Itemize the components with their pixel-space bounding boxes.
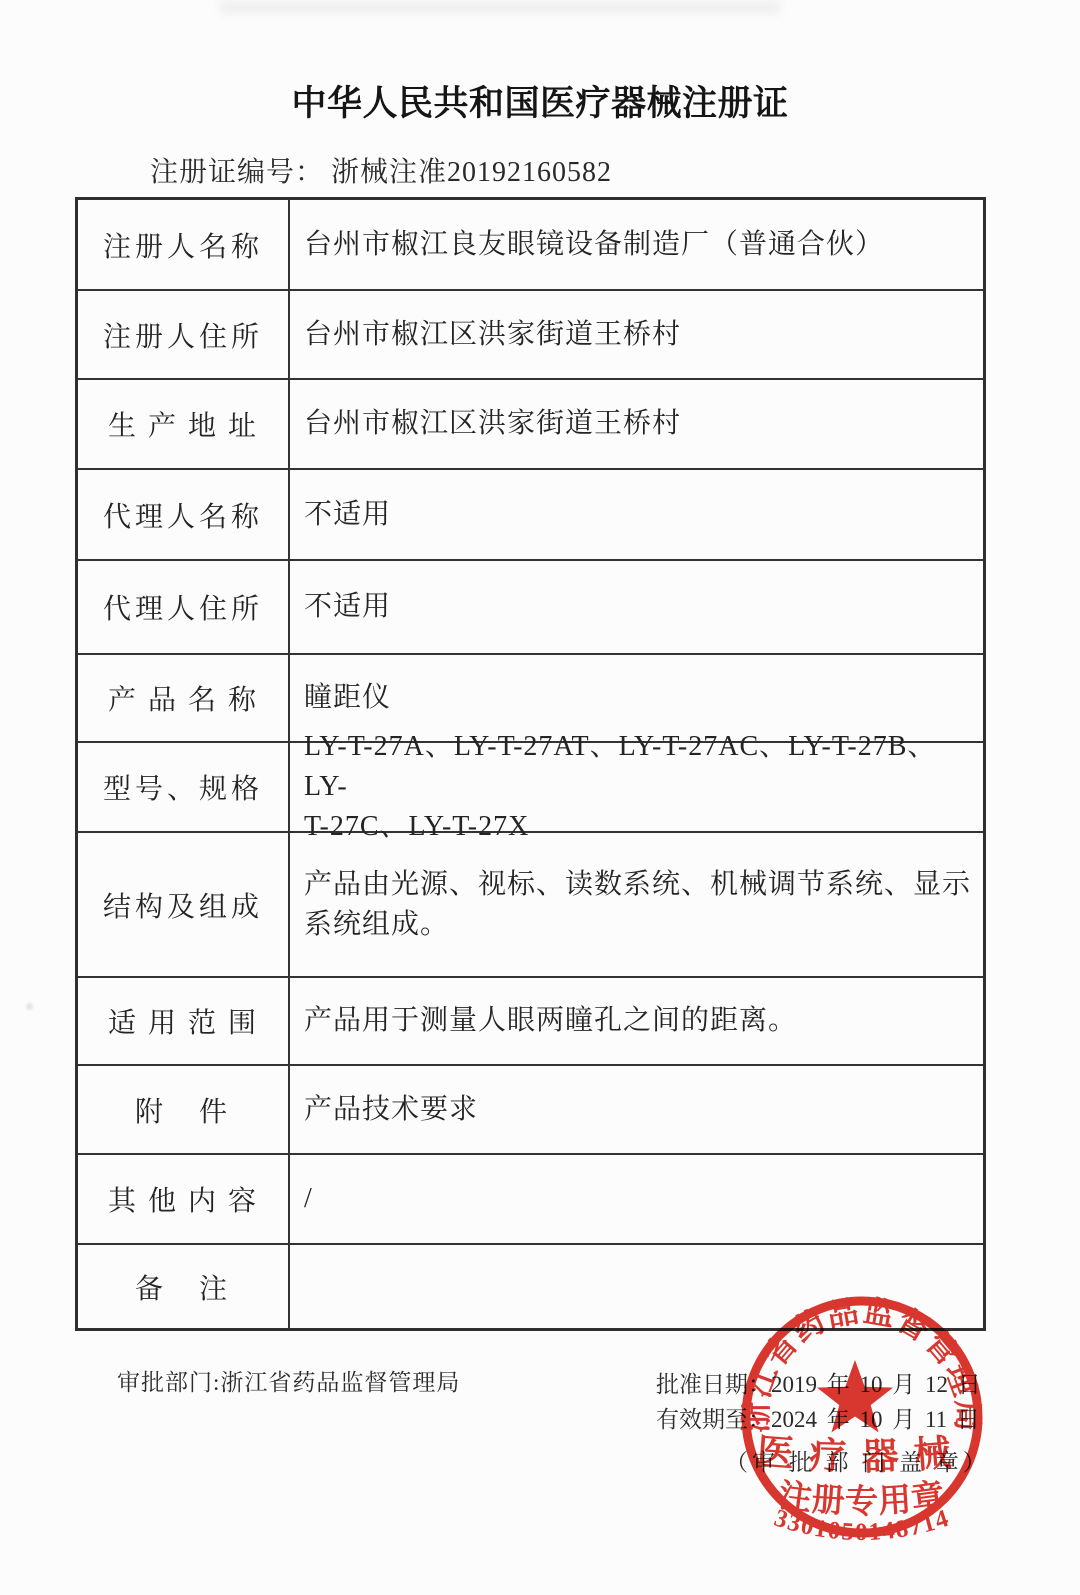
page-title: 中华人民共和国医疗器械注册证 — [0, 76, 1080, 126]
table-row: 型号、规格 LY-T-27A、LY-T-27AT、LY-T-27AC、LY-T-… — [78, 743, 983, 833]
row-value: 不适用 — [290, 561, 983, 653]
row-label: 适用范围 — [78, 978, 290, 1064]
row-value: 台州市椒江良友眼镜设备制造厂（普通合伙） — [290, 200, 983, 289]
row-value: LY-T-27A、LY-T-27AT、LY-T-27AC、LY-T-27B、LY… — [290, 743, 983, 831]
table-row: 生产地址 台州市椒江区洪家街道王桥村 — [78, 380, 983, 470]
table-row: 附 件 产品技术要求 — [78, 1066, 983, 1155]
table-row: 代理人住所 不适用 — [78, 561, 983, 655]
approval-department: 审批部门:浙江省药品监督管理局 — [117, 1364, 460, 1397]
registration-number-value: 浙械注准20192160582 — [331, 157, 612, 188]
row-label: 型号、规格 — [78, 743, 290, 831]
table-row: 代理人名称 不适用 — [78, 470, 983, 561]
row-label: 其他内容 — [78, 1155, 290, 1243]
row-value: 台州市椒江区洪家街道王桥村 — [290, 291, 983, 378]
row-label: 注册人住所 — [78, 291, 290, 378]
registration-number-label: 注册证编号： — [150, 157, 324, 188]
stamp-star-icon — [817, 1360, 893, 1432]
scan-artifact — [220, 0, 780, 14]
row-label: 代理人住所 — [78, 561, 290, 653]
table-row: 注册人住所 台州市椒江区洪家街道王桥村 — [78, 291, 983, 380]
row-label: 结构及组成 — [78, 833, 290, 976]
row-label: 附 件 — [78, 1066, 290, 1153]
certificate-page: 中华人民共和国医疗器械注册证 注册证编号：浙械注准20192160582 注册人… — [0, 0, 1080, 1595]
scan-artifact-dot — [26, 1003, 33, 1010]
table-row: 其他内容 / — [78, 1155, 983, 1245]
row-label: 生产地址 — [78, 380, 290, 468]
table-row: 适用范围 产品用于测量人眼两瞳孔之间的距离。 — [78, 978, 983, 1066]
row-value: / — [290, 1155, 983, 1243]
row-value: 产品用于测量人眼两瞳孔之间的距离。 — [290, 978, 983, 1064]
row-label: 注册人名称 — [78, 200, 290, 289]
table-row: 注册人名称 台州市椒江良友眼镜设备制造厂（普通合伙） — [78, 200, 983, 291]
row-value: 产品由光源、视标、读数系统、机械调节系统、显示 系统组成。 — [290, 833, 983, 976]
table-row: 结构及组成 产品由光源、视标、读数系统、机械调节系统、显示 系统组成。 — [78, 833, 983, 978]
row-label: 产品名称 — [78, 655, 290, 741]
certificate-table: 注册人名称 台州市椒江良友眼镜设备制造厂（普通合伙） 注册人住所 台州市椒江区洪… — [75, 197, 986, 1331]
row-value: 台州市椒江区洪家街道王桥村 — [290, 380, 983, 468]
official-red-stamp: 浙江省药品监督管理局 医疗器械 注册专用章 3301050148714 — [712, 1262, 1012, 1582]
row-label: 代理人名称 — [78, 470, 290, 559]
registration-number-line: 注册证编号：浙械注准20192160582 — [150, 150, 612, 190]
stamp-line1: 医疗器械 — [755, 1431, 968, 1478]
row-value: 产品技术要求 — [290, 1066, 983, 1153]
row-label: 备 注 — [78, 1245, 290, 1328]
row-value: 不适用 — [290, 470, 983, 559]
